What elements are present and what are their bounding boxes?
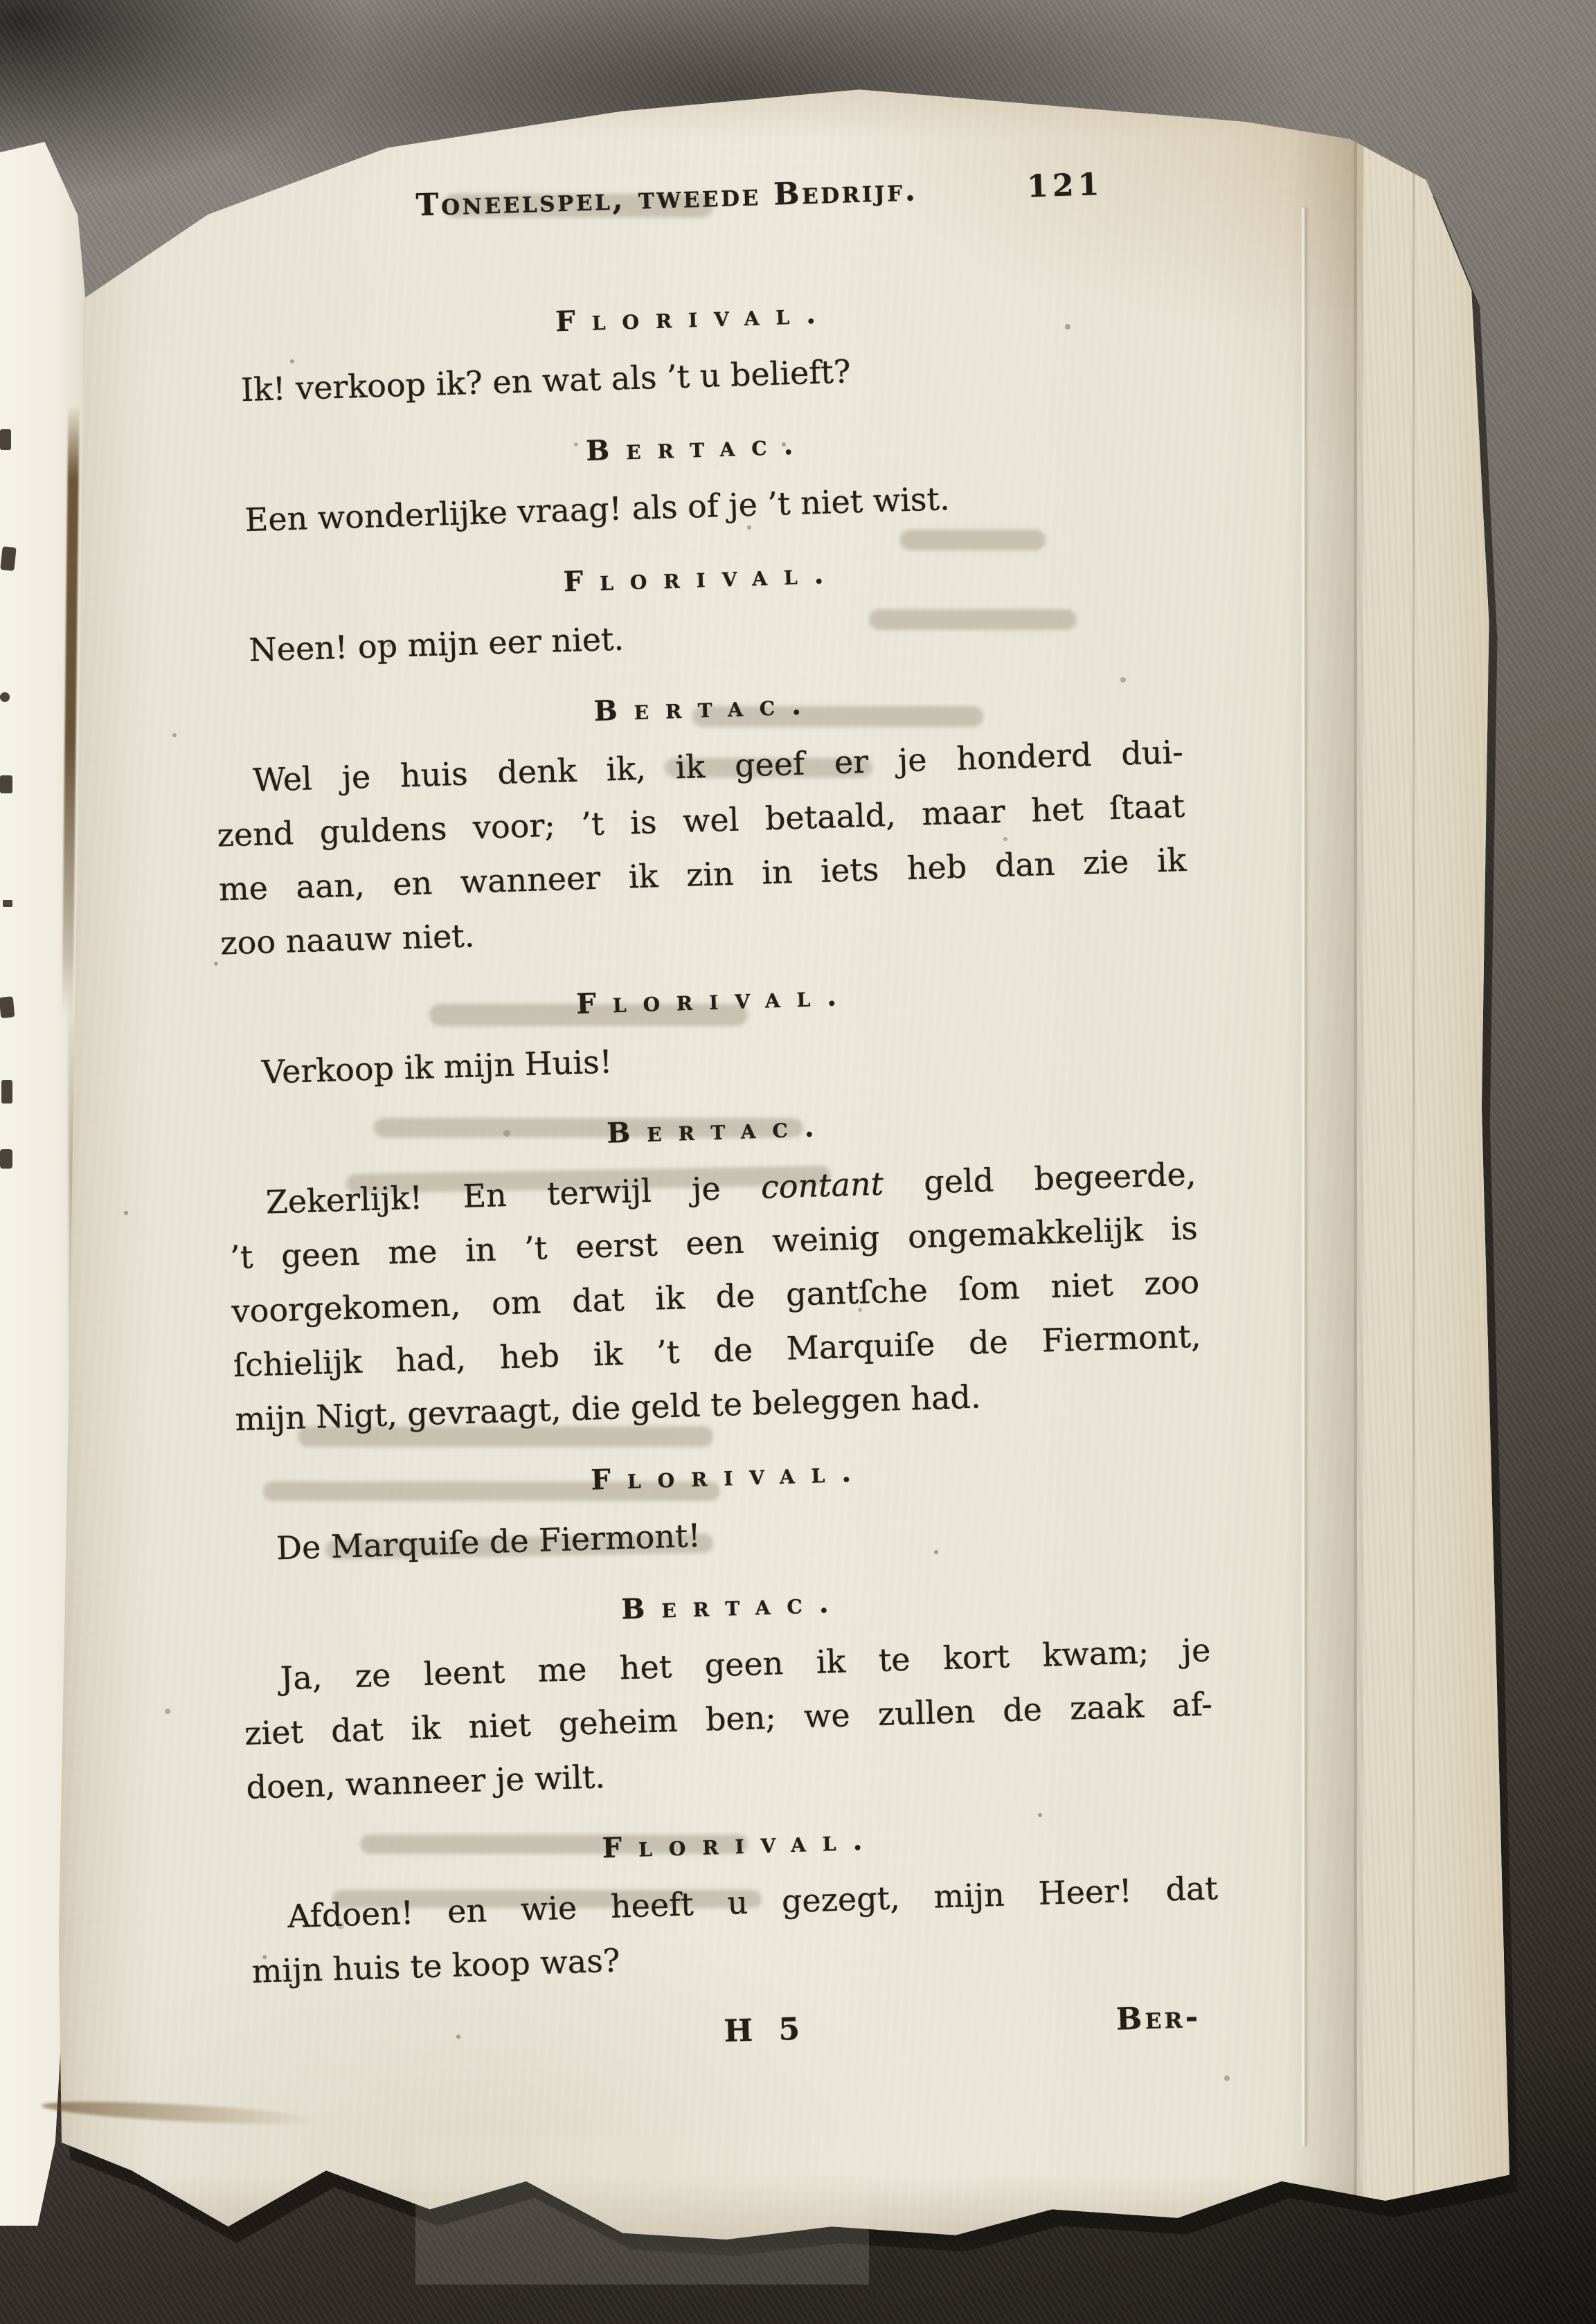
signature-mark: H 5	[723, 2002, 808, 2059]
sheet-edge-line	[1413, 159, 1415, 2201]
book-photo: Toneelspel, tweede Bedrijf. 121 Florival…	[0, 0, 1596, 2324]
margin-glyph-fragment	[0, 775, 12, 793]
text-segment: Zekerlijk! En terwijl je	[265, 1169, 762, 1221]
margin-glyph-fragment	[0, 996, 15, 1018]
margin-glyph-fragment	[1, 1080, 12, 1104]
margin-glyph-fragment	[3, 900, 12, 907]
dialogue: Florival.Ik! verkoop ik? en wat als ’t u…	[201, 276, 1220, 1999]
page-fold-shading	[1288, 83, 1354, 2240]
dialogue-paragraph: Wel je huis denk ik, ik geef er je honde…	[215, 725, 1189, 971]
margin-glyph-fragment	[0, 1149, 12, 1169]
light-patch-artifact	[415, 2136, 869, 2285]
catchword: Ber-	[1115, 1990, 1202, 2047]
page-crease-line	[1302, 208, 1304, 2146]
page-text: Toneelspel, tweede Bedrijf. 121 Florival…	[197, 156, 1223, 2073]
dialogue-paragraph: Ja, ze leent me het geen ik te kort kwam…	[242, 1623, 1214, 1814]
page-number: 121	[1026, 158, 1104, 214]
margin-glyph-fragment	[0, 692, 10, 702]
dialogue-paragraph: Zekerlijk! En terwijl je contant geld be…	[228, 1147, 1203, 1447]
margin-glyph-fragment	[0, 429, 11, 450]
italic-word: contant	[760, 1164, 884, 1205]
text-segment: geld begeerde,	[883, 1155, 1196, 1202]
margin-glyph-fragment	[0, 546, 16, 571]
